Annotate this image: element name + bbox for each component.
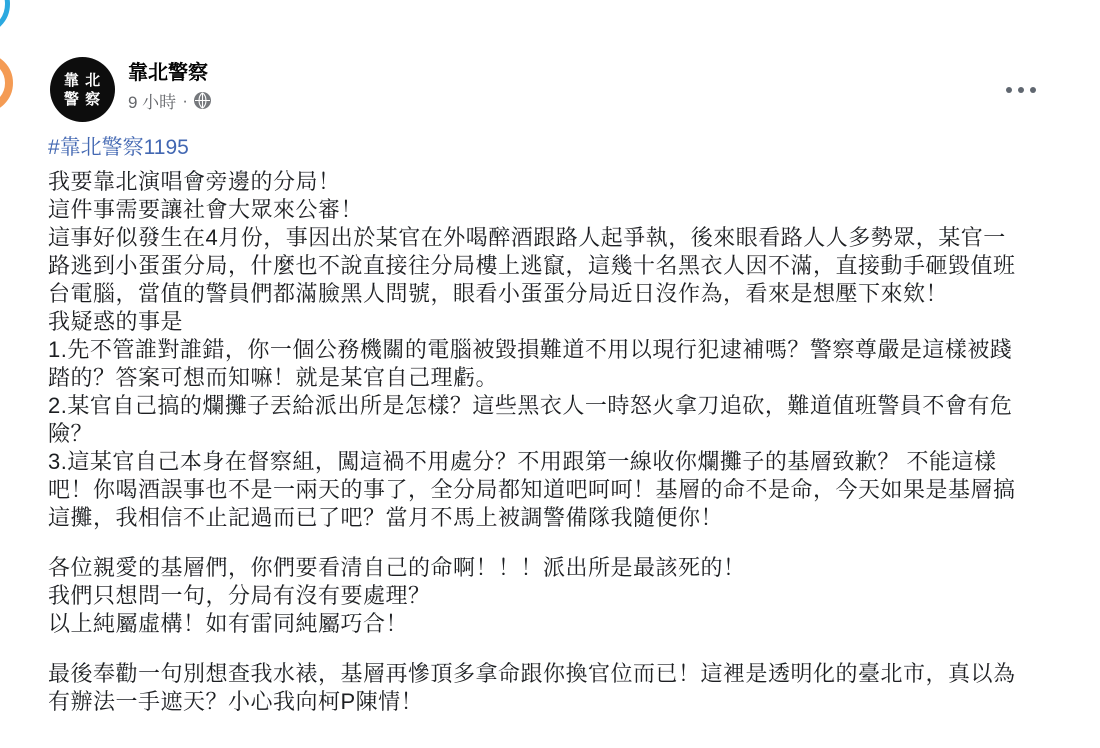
post-paragraph-3: 最後奉勸一句別想查我水裱，基層再慘頂多拿命跟你換官位而已！這裡是透明化的臺北市，… [48, 660, 1058, 716]
meta-separator: · [182, 91, 188, 111]
dot-icon [1030, 87, 1036, 93]
avatar-text-line2: 警 察 [64, 92, 101, 107]
post-meta: 9 小時 · [128, 88, 211, 113]
more-options-button[interactable] [1004, 80, 1046, 100]
page-avatar[interactable]: 靠 北 警 察 [50, 57, 115, 122]
post-body: 我要靠北演唱會旁邊的分局！ 這件事需要讓社會大眾來公審！ 這事好似發生在4月份，… [48, 168, 1058, 716]
page-name-link[interactable]: 靠北警察 [128, 56, 208, 85]
dot-icon [1006, 87, 1012, 93]
post-paragraph-2: 各位親愛的基層們，你們要看清自己的命啊！！！派出所是最該死的！ 我們只想問一句，… [48, 554, 1058, 638]
timestamp-link[interactable]: 9 小時 [128, 88, 176, 113]
dot-icon [1018, 87, 1024, 93]
blue-bubble-decoration [0, 0, 10, 35]
orange-bubble-decoration [0, 53, 13, 113]
avatar-text-line1: 靠 北 [64, 73, 101, 88]
hashtag-link[interactable]: #靠北警察1195 [48, 131, 189, 161]
post-paragraph-1: 我要靠北演唱會旁邊的分局！ 這件事需要讓社會大眾來公審！ 這事好似發生在4月份，… [48, 168, 1058, 532]
globe-icon [194, 92, 211, 109]
